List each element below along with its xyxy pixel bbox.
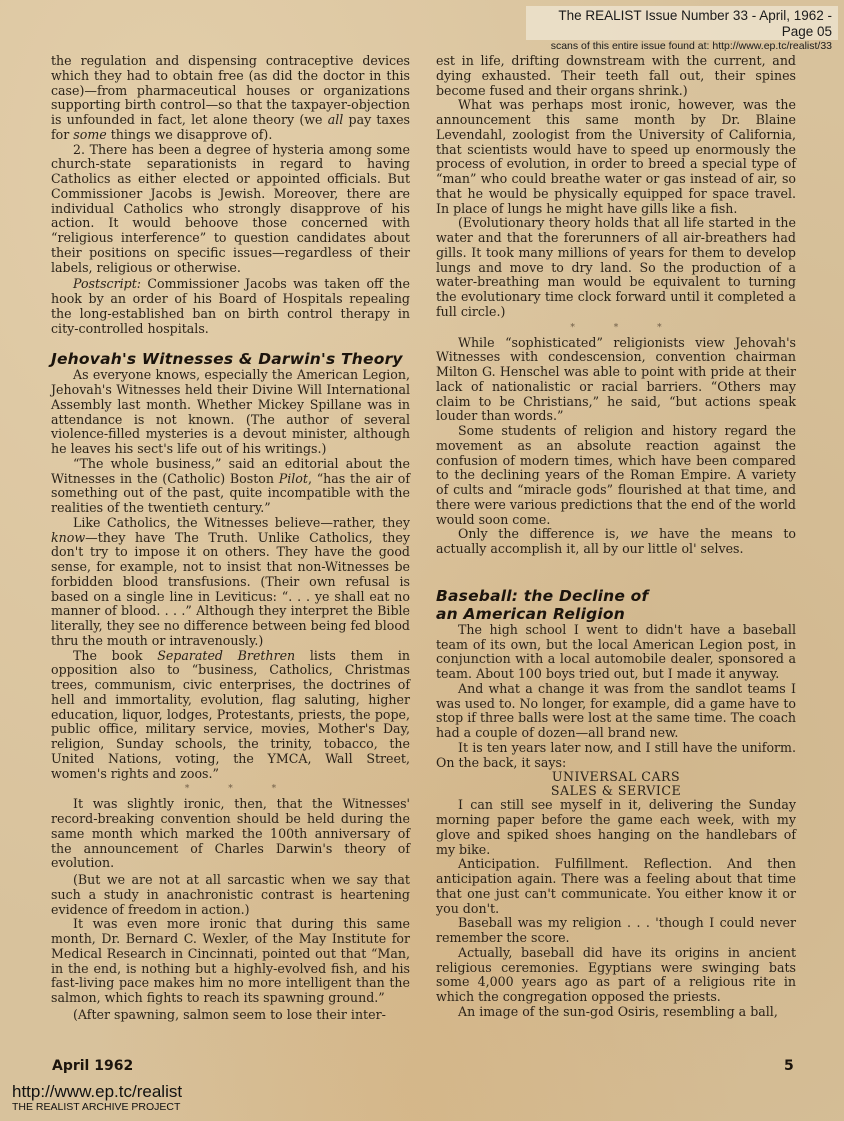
section-divider-stars: * * * bbox=[436, 320, 796, 336]
paragraph: Like Catholics, the Witnesses believe—ra… bbox=[51, 516, 410, 649]
archive-banner: The REALIST Issue Number 33 - April, 196… bbox=[526, 6, 838, 40]
paragraph: While “sophisticated” religionists view … bbox=[436, 336, 796, 425]
paragraph: An image of the sun-god Osiris, resembli… bbox=[436, 1005, 796, 1020]
issue-date: April 1962 bbox=[52, 1058, 133, 1074]
paragraph: It was even more ironic that during this… bbox=[51, 917, 410, 1006]
paragraph: (After spawning, salmon seem to lose the… bbox=[51, 1008, 410, 1023]
paragraph: “The whole business,” said an editorial … bbox=[51, 457, 410, 516]
paragraph: The book Separated Brethren lists them i… bbox=[51, 649, 410, 782]
paragraph: Actually, baseball did have its origins … bbox=[436, 946, 796, 1005]
paragraph: As everyone knows, especially the Americ… bbox=[51, 368, 410, 457]
paragraph: It is ten years later now, and I still h… bbox=[436, 741, 796, 771]
left-column: the regulation and dispensing contracept… bbox=[51, 54, 410, 1023]
paragraph: It was slightly ironic, then, that the W… bbox=[51, 797, 410, 871]
paragraph: Anticipation. Fulfillment. Reflection. A… bbox=[436, 857, 796, 916]
paragraph: Some students of religion and history re… bbox=[436, 424, 796, 527]
paragraph: What was perhaps most ironic, however, w… bbox=[436, 98, 796, 216]
paragraph: And what a change it was from the sandlo… bbox=[436, 682, 796, 741]
paragraph: (But we are not at all sarcastic when we… bbox=[51, 873, 410, 917]
right-column: est in life, drifting downstream with th… bbox=[436, 54, 796, 1020]
page-number: 5 bbox=[784, 1058, 794, 1074]
article-headline-baseball: Baseball: the Decline of an American Rel… bbox=[436, 587, 796, 623]
banner-scans-link[interactable]: scans of this entire issue found at: htt… bbox=[526, 40, 832, 53]
paragraph: Baseball was my religion . . . 'though I… bbox=[436, 916, 796, 946]
uniform-text: UNIVERSAL CARS SALES & SERVICE bbox=[436, 770, 796, 798]
section-divider-stars: * * * bbox=[51, 781, 410, 797]
paragraph: The high school I went to didn't have a … bbox=[436, 623, 796, 682]
paragraph: est in life, drifting downstream with th… bbox=[436, 54, 796, 98]
paragraph: I can still see myself in it, delivering… bbox=[436, 798, 796, 857]
postscript-paragraph: Postscript: Commissioner Jacobs was take… bbox=[51, 277, 410, 336]
paragraph: Only the difference is, we have the mean… bbox=[436, 527, 796, 557]
paragraph: (Evolutionary theory holds that all life… bbox=[436, 216, 796, 319]
banner-title: The REALIST Issue Number 33 - April, 196… bbox=[526, 8, 832, 40]
postscript-label: Postscript: bbox=[73, 276, 141, 291]
archive-url-link[interactable]: http://www.ep.tc/realist bbox=[12, 1082, 182, 1101]
paragraph: the regulation and dispensing contracept… bbox=[51, 54, 410, 143]
paragraph: 2. There has been a degree of hysteria a… bbox=[51, 143, 410, 276]
archive-credit: http://www.ep.tc/realist THE REALIST ARC… bbox=[12, 1082, 182, 1114]
article-headline-jehovah: Jehovah's Witnesses & Darwin's Theory bbox=[51, 350, 410, 368]
archive-project-name: THE REALIST ARCHIVE PROJECT bbox=[12, 1101, 182, 1114]
